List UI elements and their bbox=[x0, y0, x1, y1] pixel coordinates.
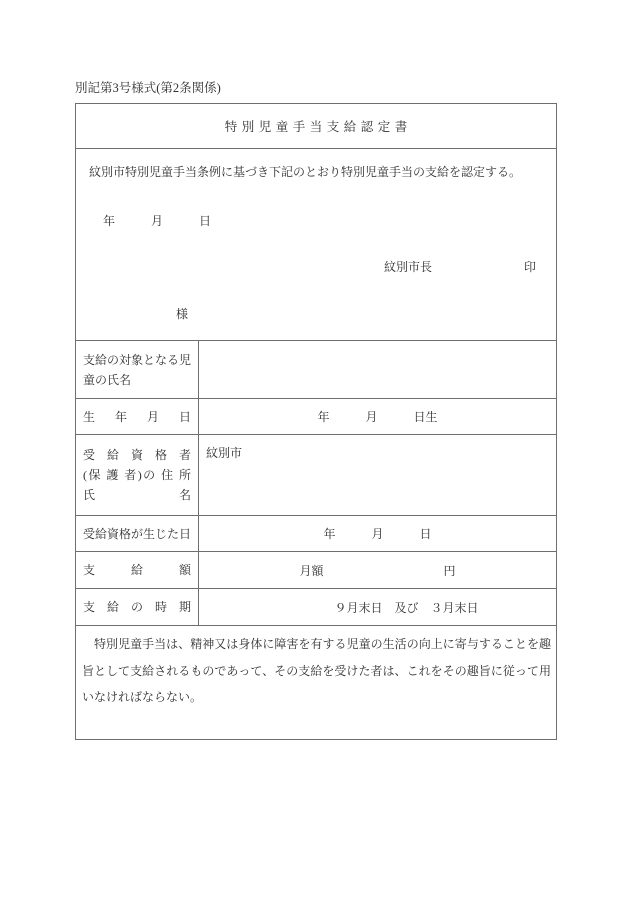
issue-date-line: 年 月 日 bbox=[103, 212, 211, 229]
table-row-birthdate: 生 年 月 日 年 月 日生 bbox=[76, 399, 556, 435]
row-value-eligibility-date: 年 月 日 bbox=[199, 516, 556, 551]
row-label-payment-amount: 支 給 額 bbox=[76, 552, 199, 588]
row-label-recipient: 受 給 資 格 者 (保 護 者)の 住 所 氏 名 bbox=[76, 435, 199, 515]
row-value-birthdate: 年 月 日生 bbox=[199, 399, 556, 434]
table-row-child-name: 支給の対象となる児童の氏名 bbox=[76, 341, 556, 399]
row-value-payment-amount: 月額 円 bbox=[199, 552, 556, 588]
row-label-child-name: 支給の対象となる児童の氏名 bbox=[76, 341, 199, 398]
table-row-recipient: 受 給 資 格 者 (保 護 者)の 住 所 氏 名 紋別市 bbox=[76, 435, 556, 516]
title-section: 特別児童手当支給認定書 bbox=[76, 104, 556, 149]
row-label-birthdate: 生 年 月 日 bbox=[76, 399, 199, 434]
row-value-child-name bbox=[199, 341, 556, 398]
row-value-payment-period: ９月末日 及び ３月末日 bbox=[199, 589, 556, 625]
form-style-label: 別記第3号様式(第2条関係) bbox=[75, 81, 221, 96]
addressee-suffix: 様 bbox=[176, 305, 188, 322]
table-row-eligibility-date: 受給資格が生じた日 年 月 日 bbox=[76, 516, 556, 552]
intro-section: 紋別市特別児童手当条例に基づき下記のとおり特別児童手当の支給を認定する。 年 月… bbox=[76, 149, 556, 341]
row-label-payment-period: 支 給 の 時 期 bbox=[76, 589, 199, 625]
mayor-title: 紋別市長 bbox=[384, 258, 432, 275]
row-label-eligibility-date: 受給資格が生じた日 bbox=[76, 516, 199, 551]
mayor-signature-line: 紋別市長 印 bbox=[76, 258, 556, 275]
usage-note: 特別児童手当は、精神又は身体に障害を有する児童の生活の向上に寄与することを趣旨と… bbox=[76, 626, 556, 741]
document-page: 別記第3号様式(第2条関係) 特別児童手当支給認定書 紋別市特別児童手当条例に基… bbox=[0, 0, 630, 915]
seal-placeholder: 印 bbox=[524, 258, 536, 275]
table-row-payment-period: 支 給 の 時 期 ９月末日 及び ３月末日 bbox=[76, 589, 556, 626]
certification-statement: 紋別市特別児童手当条例に基づき下記のとおり特別児童手当の支給を認定する。 bbox=[89, 164, 521, 180]
certificate-form: 特別児童手当支給認定書 紋別市特別児童手当条例に基づき下記のとおり特別児童手当の… bbox=[75, 103, 557, 740]
document-title: 特別児童手当支給認定書 bbox=[220, 117, 412, 135]
table-row-payment-amount: 支 給 額 月額 円 bbox=[76, 552, 556, 589]
row-value-recipient-address: 紋別市 bbox=[199, 435, 556, 515]
